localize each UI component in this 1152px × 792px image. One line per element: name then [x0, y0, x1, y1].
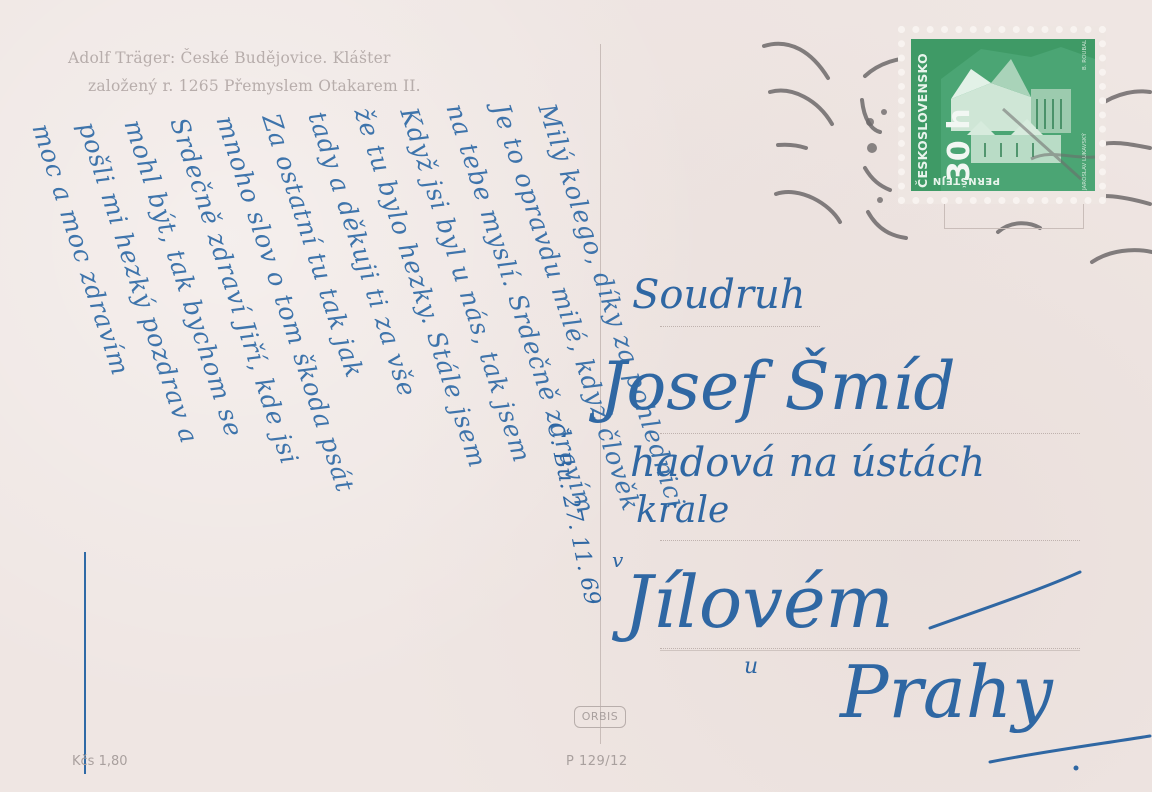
- printed-price: Kčs 1,80: [72, 754, 128, 769]
- catalog-code: P 129/12: [566, 754, 628, 769]
- postcard-back: Adolf Träger: České Budějovice. Klášter …: [0, 0, 1152, 792]
- publisher-logo: ORBIS: [574, 706, 626, 728]
- message-underline-icon: [0, 0, 1152, 792]
